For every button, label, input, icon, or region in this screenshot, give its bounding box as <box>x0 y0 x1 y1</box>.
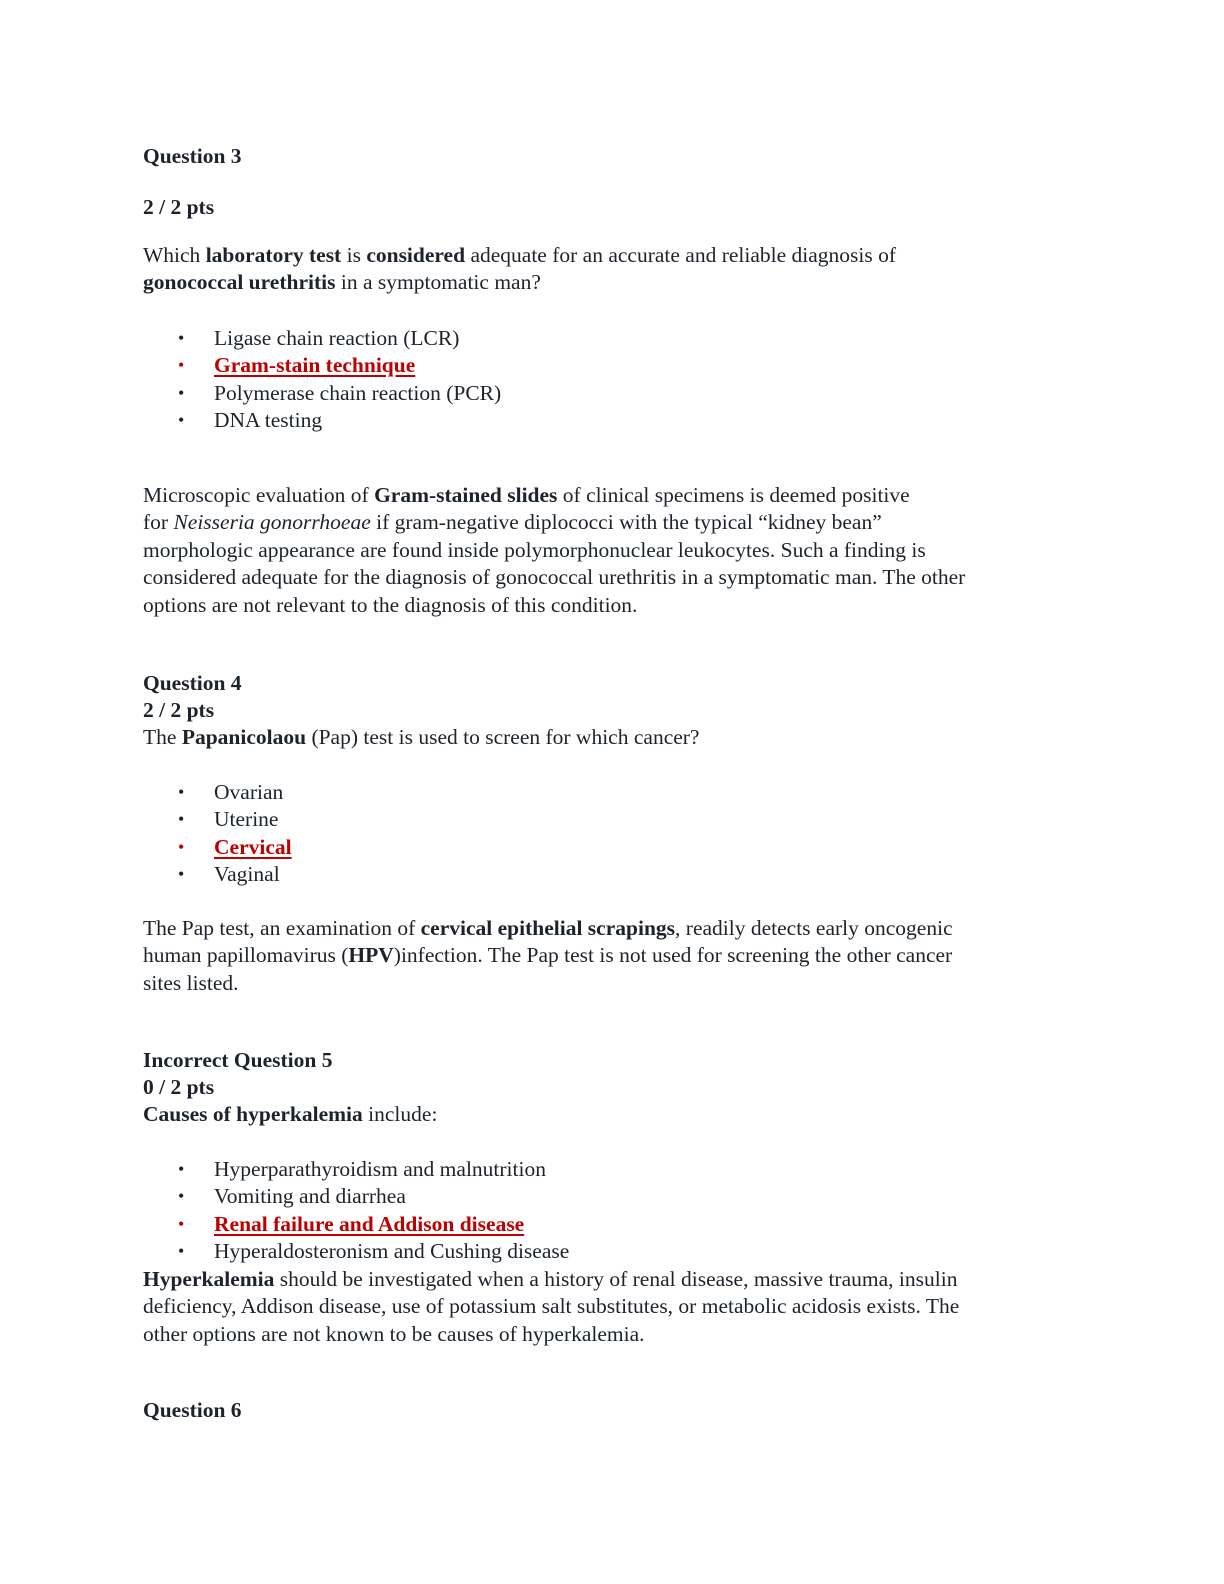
answer-option: •Hyperparathyroidism and malnutrition <box>143 1156 569 1183</box>
text-run: laboratory test <box>206 243 342 267</box>
question-5-score: 0 / 2 pts <box>143 1074 1063 1101</box>
text-run: The <box>143 725 182 749</box>
option-label: Ovarian <box>214 780 283 804</box>
text-run: Gram-stained slides <box>374 483 557 507</box>
question-5-prompt: Causes of hyperkalemia include: <box>143 1101 1063 1128</box>
question-4-title: Question 4 <box>143 670 1063 697</box>
text-run: of clinical specimens is deemed positive <box>557 483 909 507</box>
option-label: Hyperaldosteronism and Cushing disease <box>214 1239 569 1263</box>
text-run: adequate for an accurate and reliable di… <box>465 243 896 267</box>
bullet-icon: • <box>178 1156 184 1183</box>
text-run: is <box>341 243 366 267</box>
bullet-icon: • <box>178 407 184 434</box>
text-run: options are not relevant to the diagnosi… <box>143 593 637 617</box>
text-run: considered adequate for the diagnosis of… <box>143 565 965 589</box>
option-label: DNA testing <box>214 408 322 432</box>
text-run: Causes of hyperkalemia <box>143 1102 363 1126</box>
question-3-score: 2 / 2 pts <box>143 194 1063 221</box>
question-3-prompt: Which laboratory test is considered adeq… <box>143 242 1063 297</box>
bullet-icon: • <box>178 1211 184 1238</box>
text-run: other options are not known to be causes… <box>143 1322 645 1346</box>
text-run: deficiency, Addison disease, use of pota… <box>143 1294 959 1318</box>
question-4-prompt: The Papanicolaou (Pap) test is used to s… <box>143 724 1063 751</box>
option-label: Gram-stain technique <box>214 353 415 377</box>
text-run: HPV <box>348 943 393 967</box>
option-label: Renal failure and Addison disease <box>214 1212 524 1236</box>
question-3-title: Question 3 <box>143 143 1063 170</box>
answer-option: •Vaginal <box>143 861 292 888</box>
text-run: include: <box>363 1102 438 1126</box>
text-run: should be investigated when a history of… <box>274 1267 957 1291</box>
bullet-icon: • <box>178 325 184 352</box>
text-run: for <box>143 510 173 534</box>
question-3-options: •Ligase chain reaction (LCR)•Gram-stain … <box>143 325 501 435</box>
text-run: )infection. The Pap test is not used for… <box>394 943 952 967</box>
text-run: Hyperkalemia <box>143 1267 274 1291</box>
text-run: human papillomavirus ( <box>143 943 348 967</box>
question-5-options: •Hyperparathyroidism and malnutrition•Vo… <box>143 1156 569 1266</box>
answer-option: •Vomiting and diarrhea <box>143 1183 569 1210</box>
bullet-icon: • <box>178 779 184 806</box>
text-run: The Pap test, an examination of <box>143 916 421 940</box>
text-run: in a symptomatic man? <box>335 270 540 294</box>
question-4-options: •Ovarian•Uterine•Cervical•Vaginal <box>143 779 292 889</box>
text-run: cervical epithelial scrapings <box>421 916 675 940</box>
bullet-icon: • <box>178 1238 184 1265</box>
option-label: Polymerase chain reaction (PCR) <box>214 381 501 405</box>
bullet-icon: • <box>178 352 184 379</box>
option-label: Hyperparathyroidism and malnutrition <box>214 1157 546 1181</box>
bullet-icon: • <box>178 1183 184 1210</box>
option-label: Ligase chain reaction (LCR) <box>214 326 459 350</box>
text-run: morphologic appearance are found inside … <box>143 538 926 562</box>
answer-option: •DNA testing <box>143 407 501 434</box>
text-run: sites listed. <box>143 971 239 995</box>
bullet-icon: • <box>178 806 184 833</box>
text-run: Papanicolaou <box>182 725 306 749</box>
question-3-explanation: Microscopic evaluation of Gram-stained s… <box>143 482 1063 619</box>
bullet-icon: • <box>178 834 184 861</box>
text-run: (Pap) test is used to screen for which c… <box>306 725 699 749</box>
option-label: Vomiting and diarrhea <box>214 1184 406 1208</box>
option-label: Cervical <box>214 835 292 859</box>
answer-option: •Ligase chain reaction (LCR) <box>143 325 501 352</box>
question-6-title: Question 6 <box>143 1397 1063 1424</box>
answer-option-correct: •Gram-stain technique <box>143 352 501 379</box>
bullet-icon: • <box>178 380 184 407</box>
question-5-explanation: Hyperkalemia should be investigated when… <box>143 1266 1063 1348</box>
option-label: Vaginal <box>214 862 280 886</box>
question-5-title: Incorrect Question 5 <box>143 1047 1063 1074</box>
option-label: Uterine <box>214 807 278 831</box>
text-run: Which <box>143 243 206 267</box>
answer-option: •Ovarian <box>143 779 292 806</box>
answer-option: •Uterine <box>143 806 292 833</box>
answer-option-correct: •Renal failure and Addison disease <box>143 1211 569 1238</box>
text-run: considered <box>366 243 465 267</box>
answer-option-correct: •Cervical <box>143 834 292 861</box>
text-run: if gram-negative diplococci with the typ… <box>371 510 882 534</box>
question-4-explanation: The Pap test, an examination of cervical… <box>143 915 1063 997</box>
answer-option: •Polymerase chain reaction (PCR) <box>143 380 501 407</box>
text-run: Microscopic evaluation of <box>143 483 374 507</box>
bullet-icon: • <box>178 861 184 888</box>
answer-option: •Hyperaldosteronism and Cushing disease <box>143 1238 569 1265</box>
question-4-score: 2 / 2 pts <box>143 697 1063 724</box>
text-run: Neisseria gonorrhoeae <box>173 510 370 534</box>
text-run: , readily detects early oncogenic <box>675 916 953 940</box>
text-run: gonococcal urethritis <box>143 270 335 294</box>
